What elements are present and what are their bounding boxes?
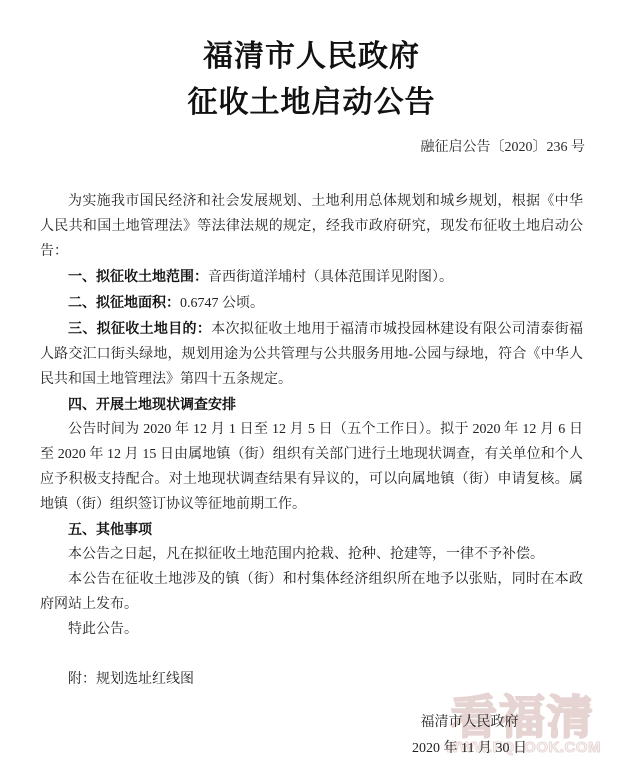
section-4-heading: 四、开展土地现状调查安排 — [40, 392, 583, 417]
closing-line: 特此公告。 — [40, 617, 583, 642]
section-4-paragraph: 公告时间为 2020 年 12 月 1 日至 12 月 5 日（五个工作日）。拟… — [40, 417, 583, 517]
attachment-note: 附：规划选址红线图 — [40, 667, 583, 692]
document-number: 融征启公告〔2020〕236 号 — [0, 136, 585, 156]
section-5-paragraph-2: 本公告在征收土地涉及的镇（街）和村集体经济组织所在地予以张贴，同时在本政府网站上… — [40, 567, 583, 617]
section-5-heading: 五、其他事项 — [40, 517, 583, 542]
item-1-label: 一、拟征收土地范围： — [68, 268, 208, 284]
item-2-label: 二、拟征地面积： — [68, 294, 180, 310]
signature-issuer: 福清市人民政府 — [412, 710, 527, 736]
section-5-paragraph-1: 本公告之日起，凡在拟征收土地范围内抢栽、抢种、抢建等，一律不予补偿。 — [40, 542, 583, 567]
intro-paragraph: 为实施我市国民经济和社会发展规划、土地利用总体规划和城乡规划，根据《中华人民共和… — [40, 189, 583, 264]
item-1-scope: 一、拟征收土地范围：音西街道洋埔村（具体范围详见附图）。 — [40, 264, 583, 290]
document-body: 为实施我市国民经济和社会发展规划、土地利用总体规划和城乡规划，根据《中华人民共和… — [40, 189, 583, 692]
title-line-2: 征收土地启动公告 — [40, 80, 583, 126]
item-2-area: 二、拟征地面积：0.6747 公顷。 — [40, 290, 583, 316]
item-2-text: 0.6747 公顷。 — [180, 296, 264, 311]
signature-date: 2020 年 11 月 30 日 — [412, 736, 527, 762]
document-title: 福清市人民政府 征收土地启动公告 — [40, 34, 583, 126]
title-line-1: 福清市人民政府 — [40, 34, 583, 80]
item-3-label: 三、拟征收土地目的： — [68, 320, 211, 336]
item-3-purpose: 三、拟征收土地目的：本次拟征收土地用于福清市城投园林建设有限公司清泰街福人路交汇… — [40, 316, 583, 392]
signature-block: 福清市人民政府 2020 年 11 月 30 日 — [412, 710, 527, 762]
document-page: 福清市人民政府 征收土地启动公告 融征启公告〔2020〕236 号 为实施我市国… — [0, 0, 623, 779]
item-1-text: 音西街道洋埔村（具体范围详见附图）。 — [208, 270, 453, 285]
